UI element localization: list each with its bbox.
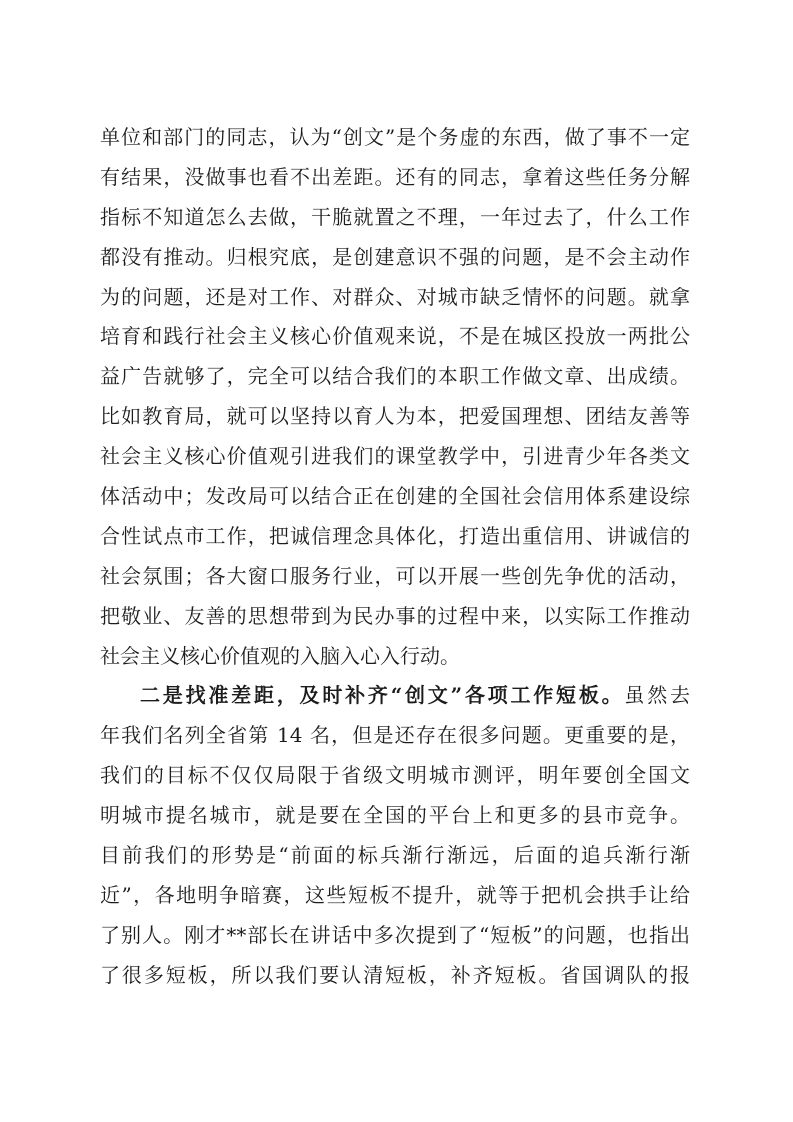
text-run: 近”，各地明争暗赛，这些短板不提升，就等于把机会拱手让给 [100, 883, 690, 907]
text-line: 了别人。刚才**部长在讲话中多次提到了“短板”的问题，也指出 [100, 916, 690, 956]
text-line: 都没有推动。归根究底，是创建意识不强的问题，是不会主动作 [100, 238, 690, 278]
text-run: 合性试点市工作，把诚信理念具体化，打造出重信用、讲诚信的 [100, 524, 690, 548]
text-run-bold: 二是找准差距，及时补齐“创文”各项工作短板。 [140, 683, 624, 707]
text-run: 有结果，没做事也看不出差距。还有的同志，拿着这些任务分解 [100, 165, 690, 189]
text-line: 培育和践行社会主义核心价值观来说，不是在城区投放一两批公 [100, 317, 690, 357]
text-run: 体活动中；发改局可以结合正在创建的全国社会信用体系建设综 [100, 484, 690, 508]
text-line: 社会氛围；各大窗口服务行业，可以开展一些创先争优的活动， [100, 557, 690, 597]
text-line: 为的问题，还是对工作、对群众、对城市缺乏情怀的问题。就拿 [100, 278, 690, 318]
text-line: 目前我们的形势是“前面的标兵渐行渐远，后面的追兵渐行渐 [100, 836, 690, 876]
text-run: 了很多短板，所以我们要认清短板，补齐短板。省国调队的报 [100, 963, 690, 987]
text-run: 把敬业、友善的思想带到为民办事的过程中来，以实际工作推动 [100, 604, 690, 628]
text-run: 单位和部门的同志，认为“创文”是个务虚的东西，做了事不一定 [100, 125, 690, 149]
text-line: 了很多短板，所以我们要认清短板，补齐短板。省国调队的报 [100, 956, 690, 996]
document-body: 单位和部门的同志，认为“创文”是个务虚的东西，做了事不一定有结果，没做事也看不出… [100, 118, 690, 996]
text-run: 我们的目标不仅仅局限于省级文明城市测评，明年要创全国文 [100, 763, 690, 787]
text-run: 为的问题，还是对工作、对群众、对城市缺乏情怀的问题。就拿 [100, 285, 690, 309]
text-line: 社会主义核心价值观引进我们的课堂教学中，引进青少年各类文 [100, 437, 690, 477]
text-line: 合性试点市工作，把诚信理念具体化，打造出重信用、讲诚信的 [100, 517, 690, 557]
text-run: 年我们名列全省第 14 名，但是还存在很多问题。更重要的是， [100, 723, 690, 747]
text-line: 近”，各地明争暗赛，这些短板不提升，就等于把机会拱手让给 [100, 876, 690, 916]
text-line: 我们的目标不仅仅局限于省级文明城市测评，明年要创全国文 [100, 756, 690, 796]
text-line: 指标不知道怎么去做，干脆就置之不理，一年过去了，什么工作 [100, 198, 690, 238]
text-line: 比如教育局，就可以坚持以育人为本，把爱国理想、团结友善等 [100, 397, 690, 437]
text-run: 虽然去 [624, 683, 690, 707]
text-line: 把敬业、友善的思想带到为民办事的过程中来，以实际工作推动 [100, 597, 690, 637]
text-run: 明城市提名城市，就是要在全国的平台上和更多的县市竞争。 [100, 803, 690, 827]
text-run: 了别人。刚才**部长在讲话中多次提到了“短板”的问题，也指出 [100, 923, 690, 947]
text-run: 益广告就够了，完全可以结合我们的本职工作做文章、出成绩。 [100, 364, 690, 388]
text-run: 都没有推动。归根究底，是创建意识不强的问题，是不会主动作 [100, 245, 690, 269]
text-run: 指标不知道怎么去做，干脆就置之不理，一年过去了，什么工作 [100, 205, 690, 229]
text-line: 有结果，没做事也看不出差距。还有的同志，拿着这些任务分解 [100, 158, 690, 198]
text-run: 目前我们的形势是“前面的标兵渐行渐远，后面的追兵渐行渐 [100, 843, 690, 867]
text-run: 培育和践行社会主义核心价值观来说，不是在城区投放一两批公 [100, 324, 690, 348]
text-line: 社会主义核心价值观的入脑入心入行动。 [100, 637, 690, 677]
text-line: 体活动中；发改局可以结合正在创建的全国社会信用体系建设综 [100, 477, 690, 517]
text-run: 社会氛围；各大窗口服务行业，可以开展一些创先争优的活动， [100, 564, 690, 588]
text-line: 明城市提名城市，就是要在全国的平台上和更多的县市竞争。 [100, 796, 690, 836]
text-line: 单位和部门的同志，认为“创文”是个务虚的东西，做了事不一定 [100, 118, 690, 158]
text-run: 社会主义核心价值观的入脑入心入行动。 [100, 644, 460, 668]
text-line: 益广告就够了，完全可以结合我们的本职工作做文章、出成绩。 [100, 357, 690, 397]
document-page: 单位和部门的同志，认为“创文”是个务虚的东西，做了事不一定有结果，没做事也看不出… [0, 0, 793, 1122]
text-line: 年我们名列全省第 14 名，但是还存在很多问题。更重要的是， [100, 716, 690, 756]
text-line: 二是找准差距，及时补齐“创文”各项工作短板。虽然去 [100, 676, 690, 716]
text-run: 社会主义核心价值观引进我们的课堂教学中，引进青少年各类文 [100, 444, 690, 468]
text-run: 比如教育局，就可以坚持以育人为本，把爱国理想、团结友善等 [100, 404, 690, 428]
